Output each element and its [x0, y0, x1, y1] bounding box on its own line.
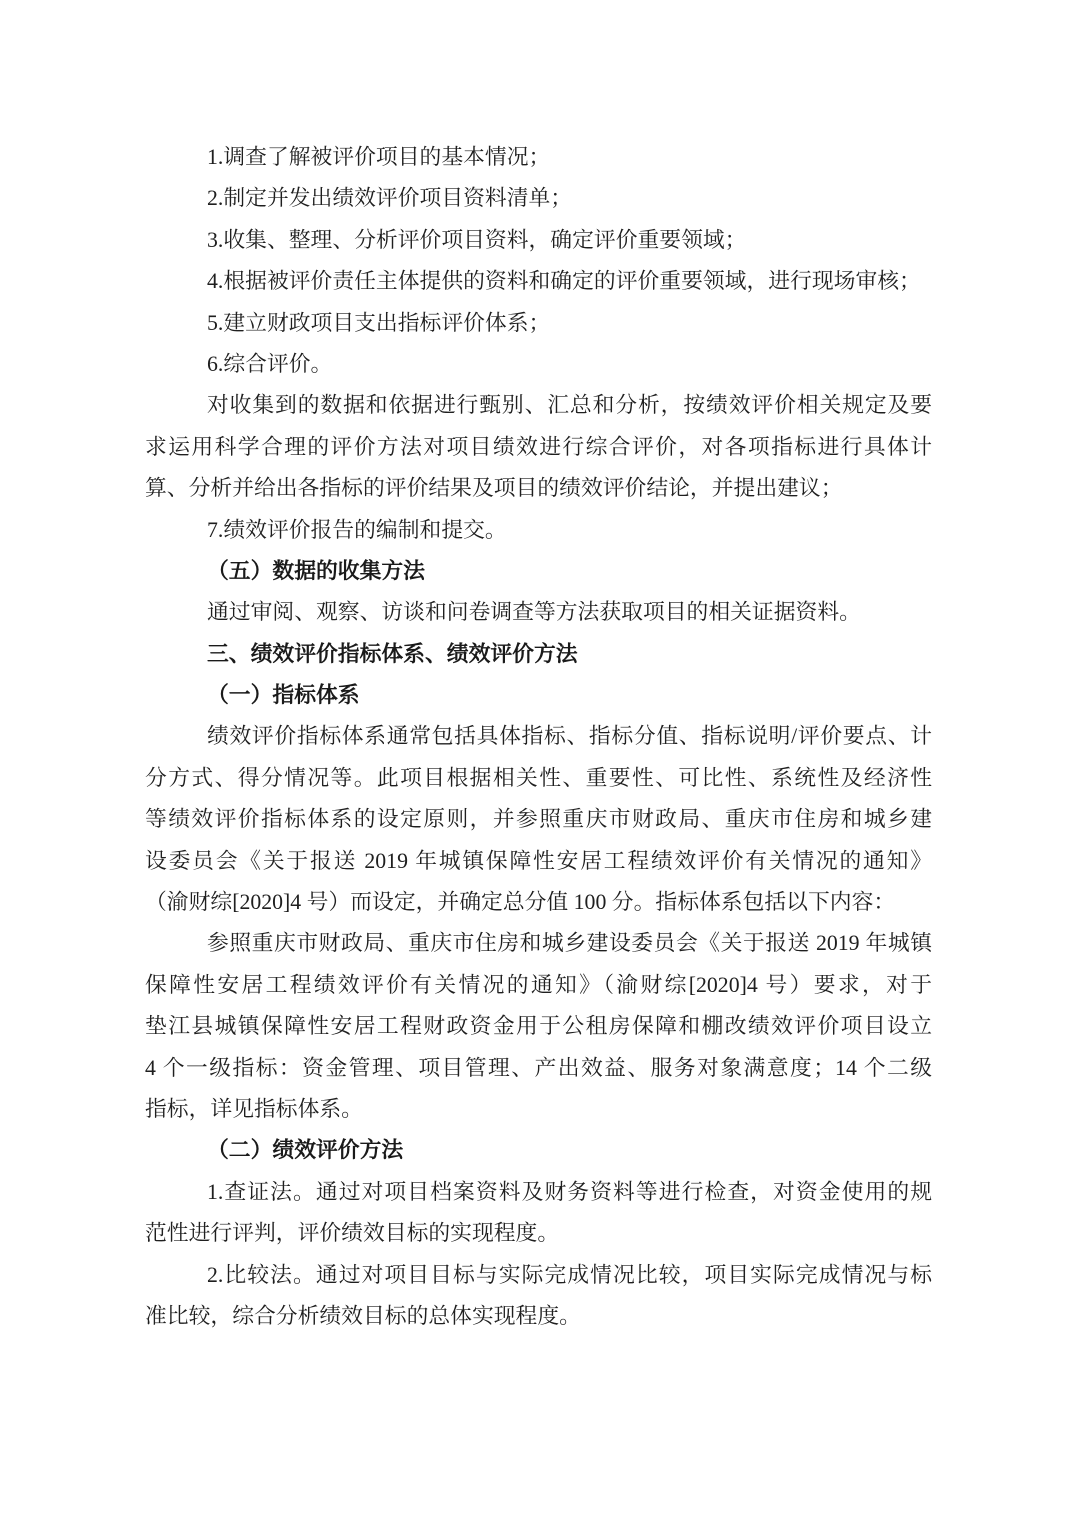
text-line: 2.制定并发出绩效评价项目资料清单；: [145, 178, 932, 219]
text-line: 绩效评价指标体系通常包括具体指标、指标分值、指标说明/评价要点、计: [145, 716, 932, 757]
text-line: 等绩效评价指标体系的设定原则，并参照重庆市财政局、重庆市住房和城乡建: [145, 799, 932, 840]
text-line: 算、分析并给出各指标的评价结果及项目的绩效评价结论，并提出建议；: [145, 468, 932, 509]
section-heading: （二）绩效评价方法: [145, 1130, 932, 1171]
text-line: 3.收集、整理、分析评价项目资料，确定评价重要领域；: [145, 220, 932, 261]
text-line: 垫江县城镇保障性安居工程财政资金用于公租房保障和棚改绩效评价项目设立: [145, 1006, 932, 1047]
text-line: 通过审阅、观察、访谈和问卷调查等方法获取项目的相关证据资料。: [145, 592, 932, 633]
text-line: 7.绩效评价报告的编制和提交。: [145, 510, 932, 551]
text-line: 范性进行评判，评价绩效目标的实现程度。: [145, 1213, 932, 1254]
text-line: 设委员会《关于报送 2019 年城镇保障性安居工程绩效评价有关情况的通知》: [145, 841, 932, 882]
section-heading: （一）指标体系: [145, 675, 932, 716]
text-line: 1.查证法。通过对项目档案资料及财务资料等进行检查，对资金使用的规: [145, 1172, 932, 1213]
text-line: 4 个一级指标：资金管理、项目管理、产出效益、服务对象满意度；14 个二级: [145, 1048, 932, 1089]
document-page: 1.调查了解被评价项目的基本情况；2.制定并发出绩效评价项目资料清单；3.收集、…: [0, 0, 1074, 1520]
text-line: 准比较，综合分析绩效目标的总体实现程度。: [145, 1296, 932, 1337]
text-line: 对收集到的数据和依据进行甄别、汇总和分析，按绩效评价相关规定及要: [145, 385, 932, 426]
section-heading: 三、绩效评价指标体系、绩效评价方法: [145, 634, 932, 675]
section-heading: （五）数据的收集方法: [145, 551, 932, 592]
text-line: 1.调查了解被评价项目的基本情况；: [145, 137, 932, 178]
text-line: 参照重庆市财政局、重庆市住房和城乡建设委员会《关于报送 2019 年城镇: [145, 923, 932, 964]
text-line: 保障性安居工程绩效评价有关情况的通知》（渝财综[2020]4 号）要求，对于: [145, 965, 932, 1006]
text-line: 4.根据被评价责任主体提供的资料和确定的评价重要领域，进行现场审核；: [145, 261, 932, 302]
text-line: 5.建立财政项目支出指标评价体系；: [145, 303, 932, 344]
text-line: 指标，详见指标体系。: [145, 1089, 932, 1130]
text-line: 2.比较法。通过对项目目标与实际完成情况比较，项目实际完成情况与标: [145, 1255, 932, 1296]
text-line: 分方式、得分情况等。此项目根据相关性、重要性、可比性、系统性及经济性: [145, 758, 932, 799]
text-line: （渝财综[2020]4 号）而设定，并确定总分值 100 分。指标体系包括以下内…: [145, 882, 932, 923]
text-line: 6.综合评价。: [145, 344, 932, 385]
document-body: 1.调查了解被评价项目的基本情况；2.制定并发出绩效评价项目资料清单；3.收集、…: [145, 137, 932, 1337]
text-line: 求运用科学合理的评价方法对项目绩效进行综合评价，对各项指标进行具体计: [145, 427, 932, 468]
